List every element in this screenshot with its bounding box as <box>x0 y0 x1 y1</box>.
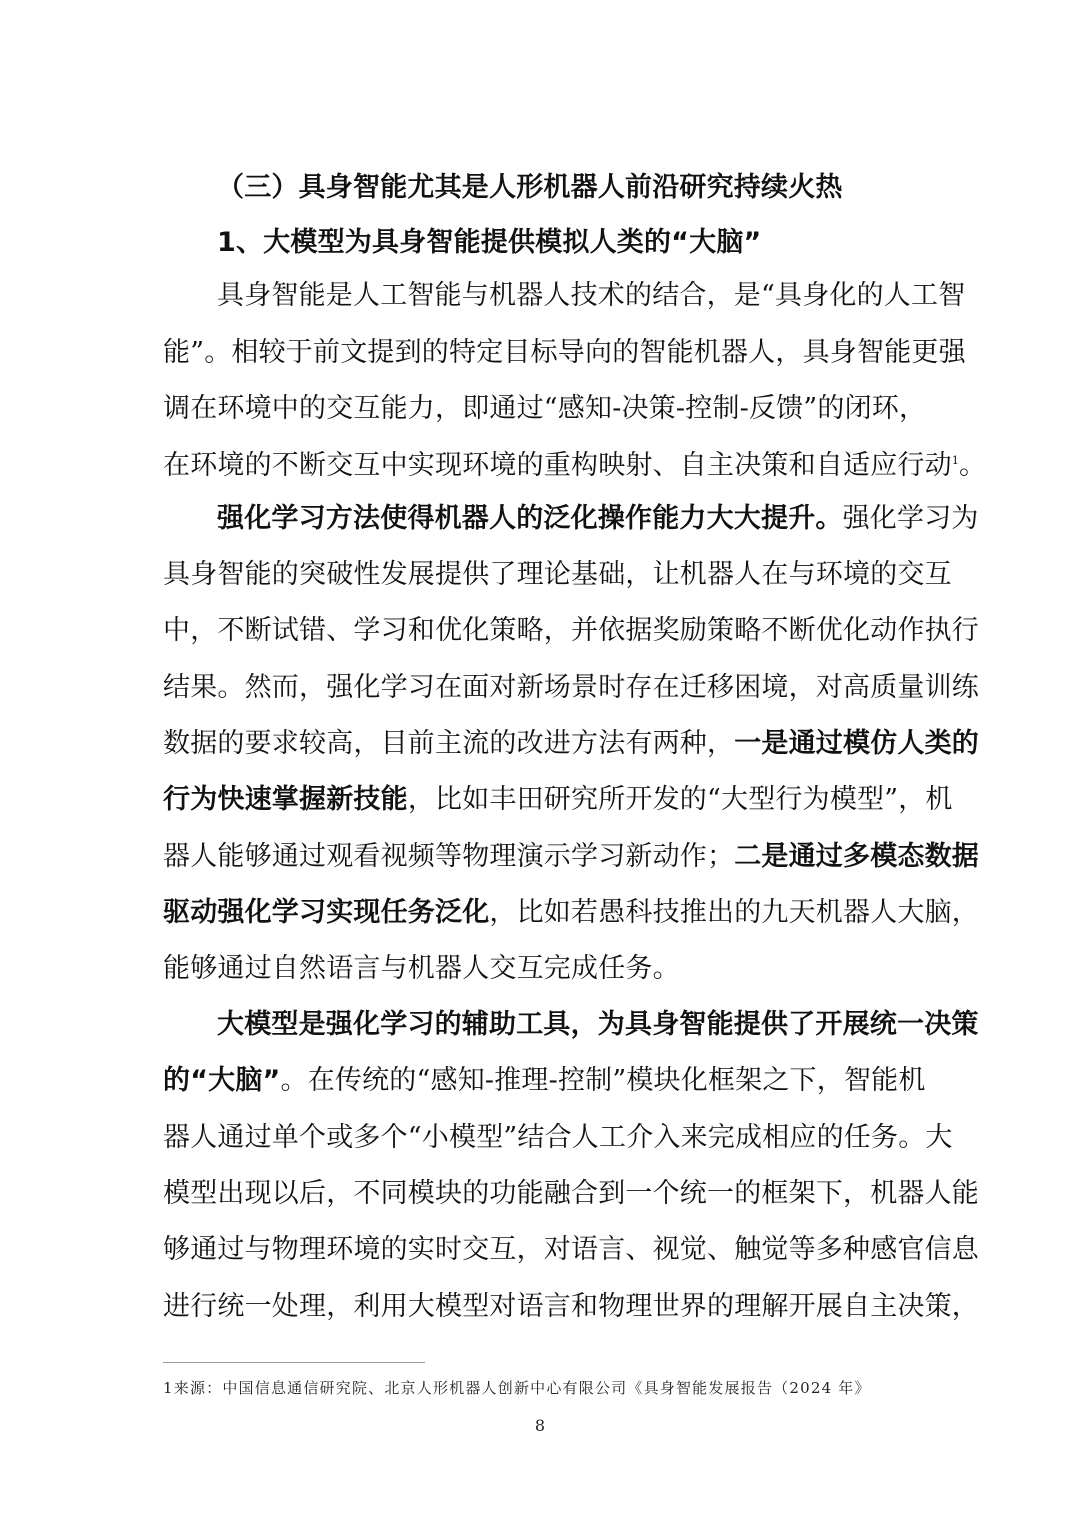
body-text: 器人通过单个或多个“小模型”结合人工介入来完成相应的任务。大 <box>163 1122 953 1153</box>
document-page: （三）具身智能尤其是人形机器人前沿研究持续火热 1、大模型为具身智能提供模拟人类… <box>0 0 1080 1527</box>
body-text: 结果。然而，强化学习在面对新场景时存在迁移困境，对高质量训练 <box>163 672 979 703</box>
body-text: 具身智能的突破性发展提供了理论基础，让机器人在与环境的交互 <box>163 559 952 590</box>
footnote: 1来源：中国信息通信研究院、北京人形机器人创新中心有限公司《具身智能发展报告（2… <box>163 1377 871 1399</box>
body-text: 在环境的不断交互中实现环境的重构映射、自主决策和自适应行动 <box>163 450 952 481</box>
bold-text: 的“大脑” <box>163 1065 281 1096</box>
bold-text: 驱动强化学习实现任务泛化 <box>163 897 489 928</box>
bold-lead-text: 大模型是强化学习的辅助工具，为具身智能提供了开展统一决策 <box>217 1009 979 1040</box>
body-text: 具身智能是人工智能与机器人技术的结合，是“具身化的人工智 <box>217 280 965 311</box>
body-text: 强化学习为 <box>843 503 979 534</box>
body-text: ，比如若愚科技推出的九天机器人大脑， <box>489 897 979 928</box>
subsection-heading: 1、大模型为具身智能提供模拟人类的“大脑” <box>217 226 817 260</box>
paragraph-3-line-1: 大模型是强化学习的辅助工具，为具身智能提供了开展统一决策 <box>163 1008 919 1042</box>
body-text: 够通过与物理环境的实时交互，对语言、视觉、触觉等多种感官信息 <box>163 1234 979 1265</box>
paragraph-2-line-1: 强化学习方法使得机器人的泛化操作能力大大提升。强化学习为 <box>163 502 919 536</box>
footnote-divider <box>163 1362 425 1363</box>
body-text: 。在传统的“感知-推理-控制”模块化框架之下，智能机 <box>281 1065 926 1096</box>
bold-text: 二是通过多模态数据 <box>734 841 979 872</box>
body-text: 。 <box>959 450 986 481</box>
paragraph-2-line-3: 中，不断试错、学习和优化策略，并依据奖励策略不断优化动作执行 <box>163 614 919 648</box>
body-text: ，比如丰田研究所开发的“大型行为模型”，机 <box>408 784 953 815</box>
footnote-reference[interactable]: 1 <box>952 454 959 467</box>
paragraph-1-line-4: 在环境的不断交互中实现环境的重构映射、自主决策和自适应行动1。 <box>163 449 919 483</box>
body-text: 能够通过自然语言与机器人交互完成任务。 <box>163 953 680 984</box>
bold-text: 一是通过模仿人类的 <box>734 728 979 759</box>
paragraph-3-line-2: 的“大脑”。在传统的“感知-推理-控制”模块化框架之下，智能机 <box>163 1064 919 1098</box>
paragraph-1-line-3: 调在环境中的交互能力，即通过“感知-决策-控制-反馈”的闭环， <box>163 392 919 426</box>
body-text: 模型出现以后，不同模块的功能融合到一个统一的框架下，机器人能 <box>163 1178 979 1209</box>
body-text: 能”。相较于前文提到的特定目标导向的智能机器人，具身智能更强 <box>163 337 966 368</box>
paragraph-3-line-5: 够通过与物理环境的实时交互，对语言、视觉、触觉等多种感官信息 <box>163 1233 919 1267</box>
paragraph-2-line-7: 器人能够通过观看视频等物理演示学习新动作；二是通过多模态数据 <box>163 840 919 874</box>
page-number: 8 <box>0 1415 1080 1437</box>
paragraph-1-line-1: 具身智能是人工智能与机器人技术的结合，是“具身化的人工智 <box>163 279 919 313</box>
body-text: 中，不断试错、学习和优化策略，并依据奖励策略不断优化动作执行 <box>163 615 979 646</box>
paragraph-1-line-2: 能”。相较于前文提到的特定目标导向的智能机器人，具身智能更强 <box>163 336 919 370</box>
paragraph-2-line-8: 驱动强化学习实现任务泛化，比如若愚科技推出的九天机器人大脑， <box>163 896 919 930</box>
paragraph-2-line-6: 行为快速掌握新技能，比如丰田研究所开发的“大型行为模型”，机 <box>163 783 919 817</box>
bold-lead-text: 强化学习方法使得机器人的泛化操作能力大大提升。 <box>217 503 843 534</box>
paragraph-3-line-4: 模型出现以后，不同模块的功能融合到一个统一的框架下，机器人能 <box>163 1177 919 1211</box>
paragraph-2-line-5: 数据的要求较高，目前主流的改进方法有两种，一是通过模仿人类的 <box>163 727 919 761</box>
paragraph-2-line-9: 能够通过自然语言与机器人交互完成任务。 <box>163 952 919 986</box>
body-text: 数据的要求较高，目前主流的改进方法有两种， <box>163 728 734 759</box>
paragraph-2-line-2: 具身智能的突破性发展提供了理论基础，让机器人在与环境的交互 <box>163 558 919 592</box>
body-text: 进行统一处理，利用大模型对语言和物理世界的理解开展自主决策， <box>163 1291 979 1322</box>
paragraph-2-line-4: 结果。然而，强化学习在面对新场景时存在迁移困境，对高质量训练 <box>163 671 919 705</box>
section-heading: （三）具身智能尤其是人形机器人前沿研究持续火热 <box>217 171 817 205</box>
bold-text: 行为快速掌握新技能 <box>163 784 408 815</box>
body-text: 调在环境中的交互能力，即通过“感知-决策-控制-反馈”的闭环， <box>163 393 926 424</box>
body-text: 器人能够通过观看视频等物理演示学习新动作； <box>163 841 734 872</box>
paragraph-3-line-6: 进行统一处理，利用大模型对语言和物理世界的理解开展自主决策， <box>163 1290 919 1324</box>
paragraph-3-line-3: 器人通过单个或多个“小模型”结合人工介入来完成相应的任务。大 <box>163 1121 919 1155</box>
